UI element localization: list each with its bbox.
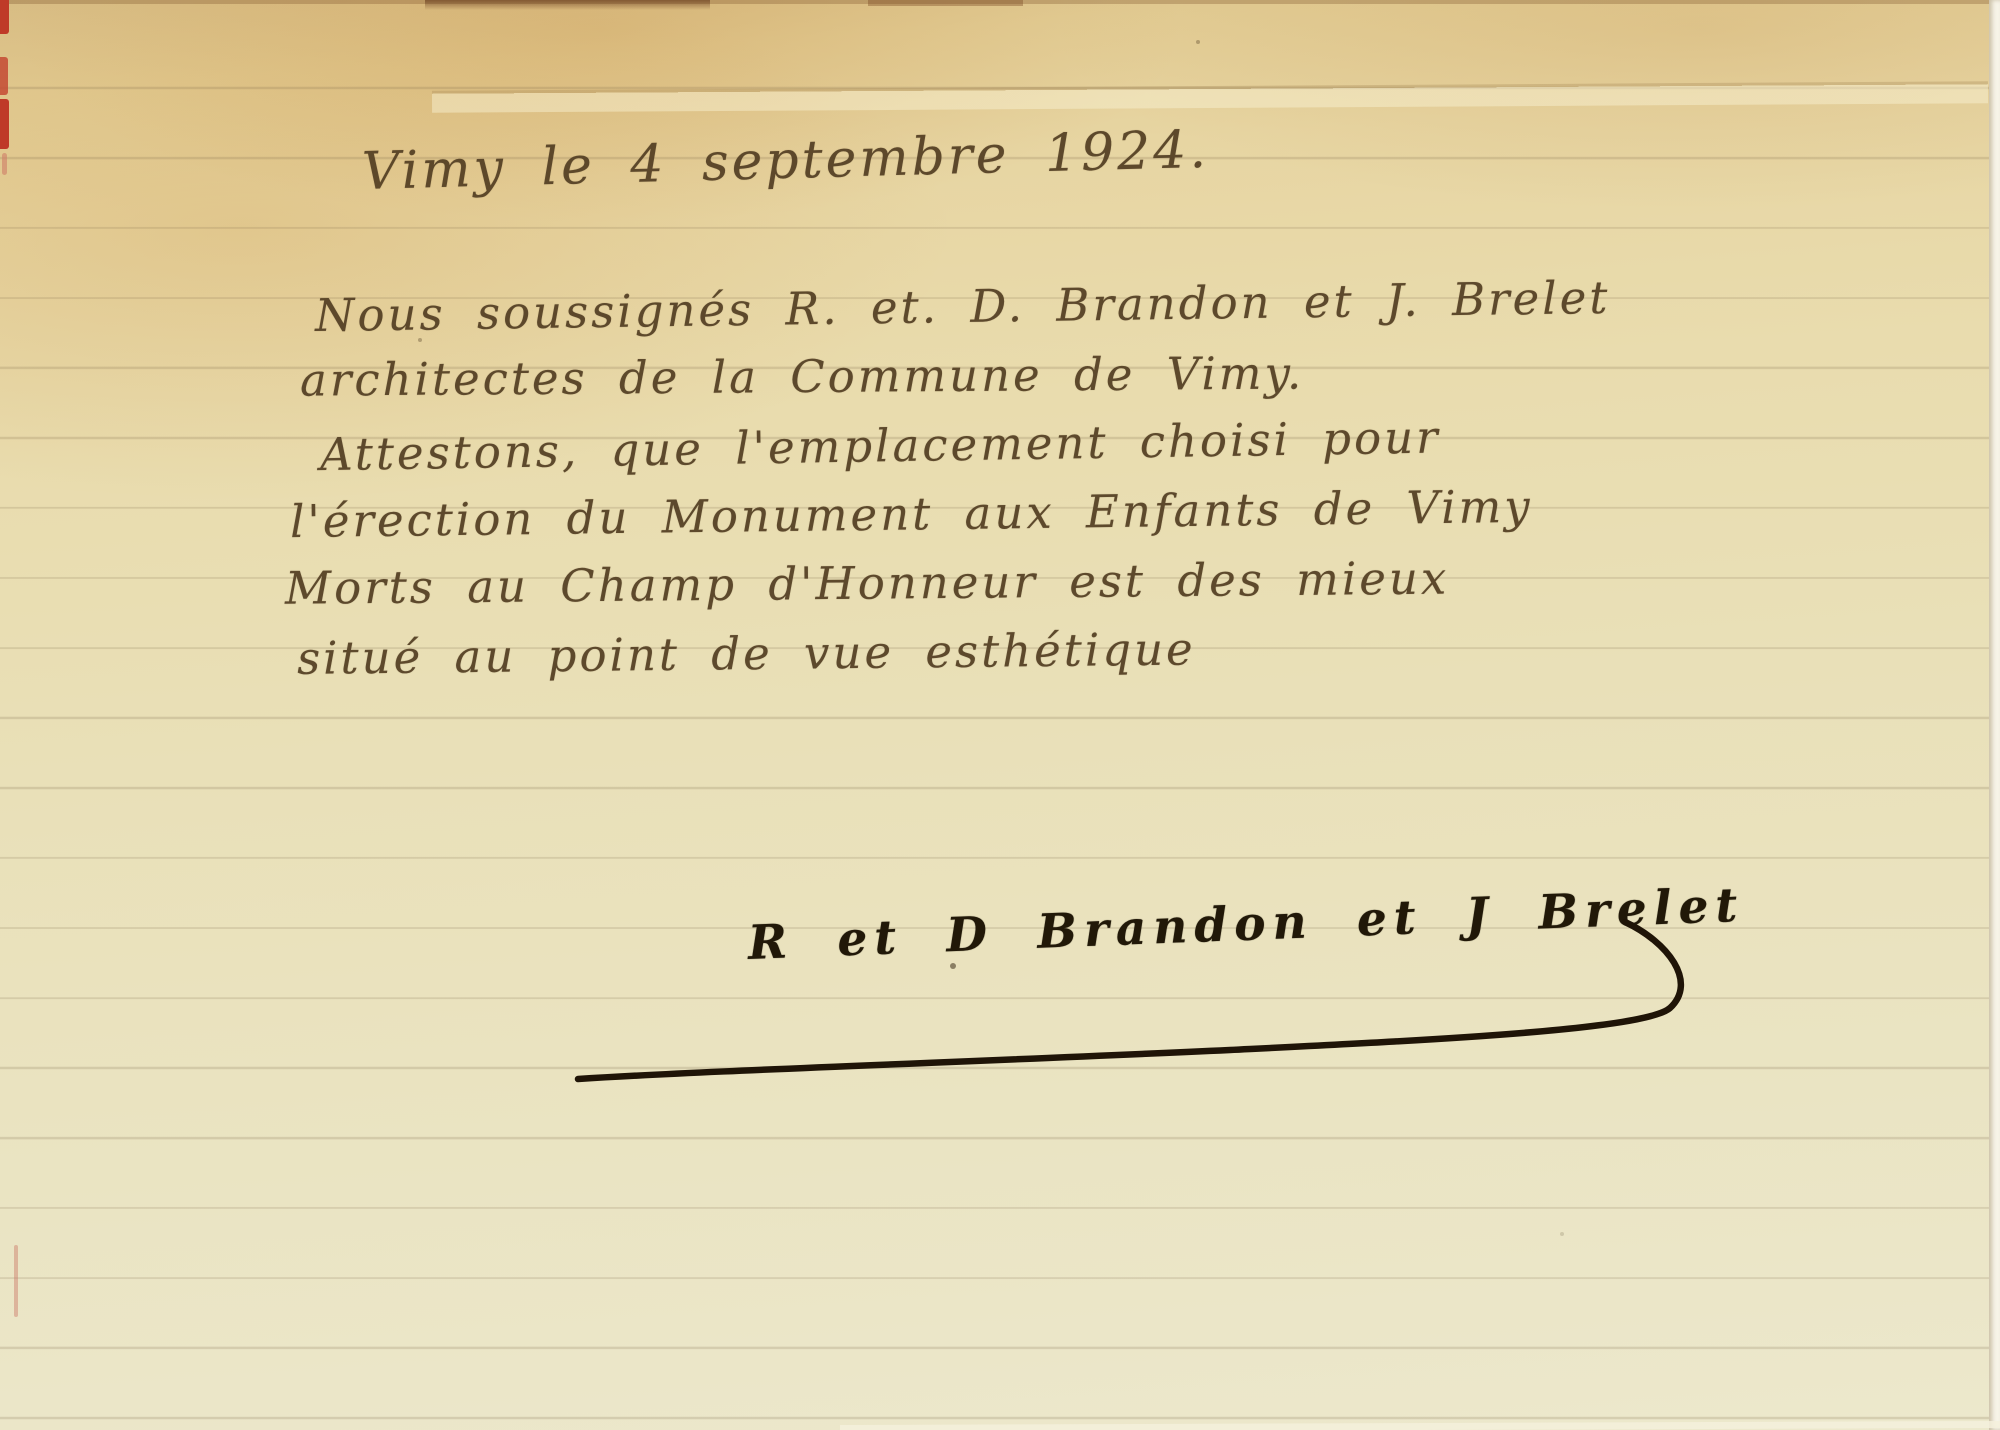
body-line: situé au point de vue esthétique <box>297 610 1611 693</box>
signature-flourish <box>0 0 2000 1430</box>
ruled-lines <box>0 0 2000 1430</box>
red-edge-mark <box>0 57 8 95</box>
ink-speck <box>1196 40 1200 44</box>
ink-speck <box>1560 1232 1564 1236</box>
signature: R et D Brandon et J Brelet <box>747 878 1745 971</box>
ink-speck <box>950 963 956 969</box>
red-edge-mark <box>0 99 9 149</box>
body-line: Morts au Champ d'Honneur est des mieux <box>285 542 1611 623</box>
letter-body: Nous soussignés R. et. D. Brandon et J. … <box>285 272 1610 686</box>
right-edge-strip <box>1989 0 2000 1430</box>
date-line: Vimy le 4 septembre 1924. <box>361 120 1209 202</box>
red-edge-mark <box>2 153 7 175</box>
top-edge-shadow-dark <box>425 0 710 10</box>
bottom-edge-strip <box>840 1421 2000 1430</box>
top-edge-shadow-small <box>868 0 1023 6</box>
red-edge-mark <box>0 0 9 34</box>
pink-edge-mark <box>14 1245 18 1317</box>
page-edge-highlight <box>432 81 1988 113</box>
letter-page: Vimy le 4 septembre 1924. Nous soussigné… <box>0 0 2000 1430</box>
